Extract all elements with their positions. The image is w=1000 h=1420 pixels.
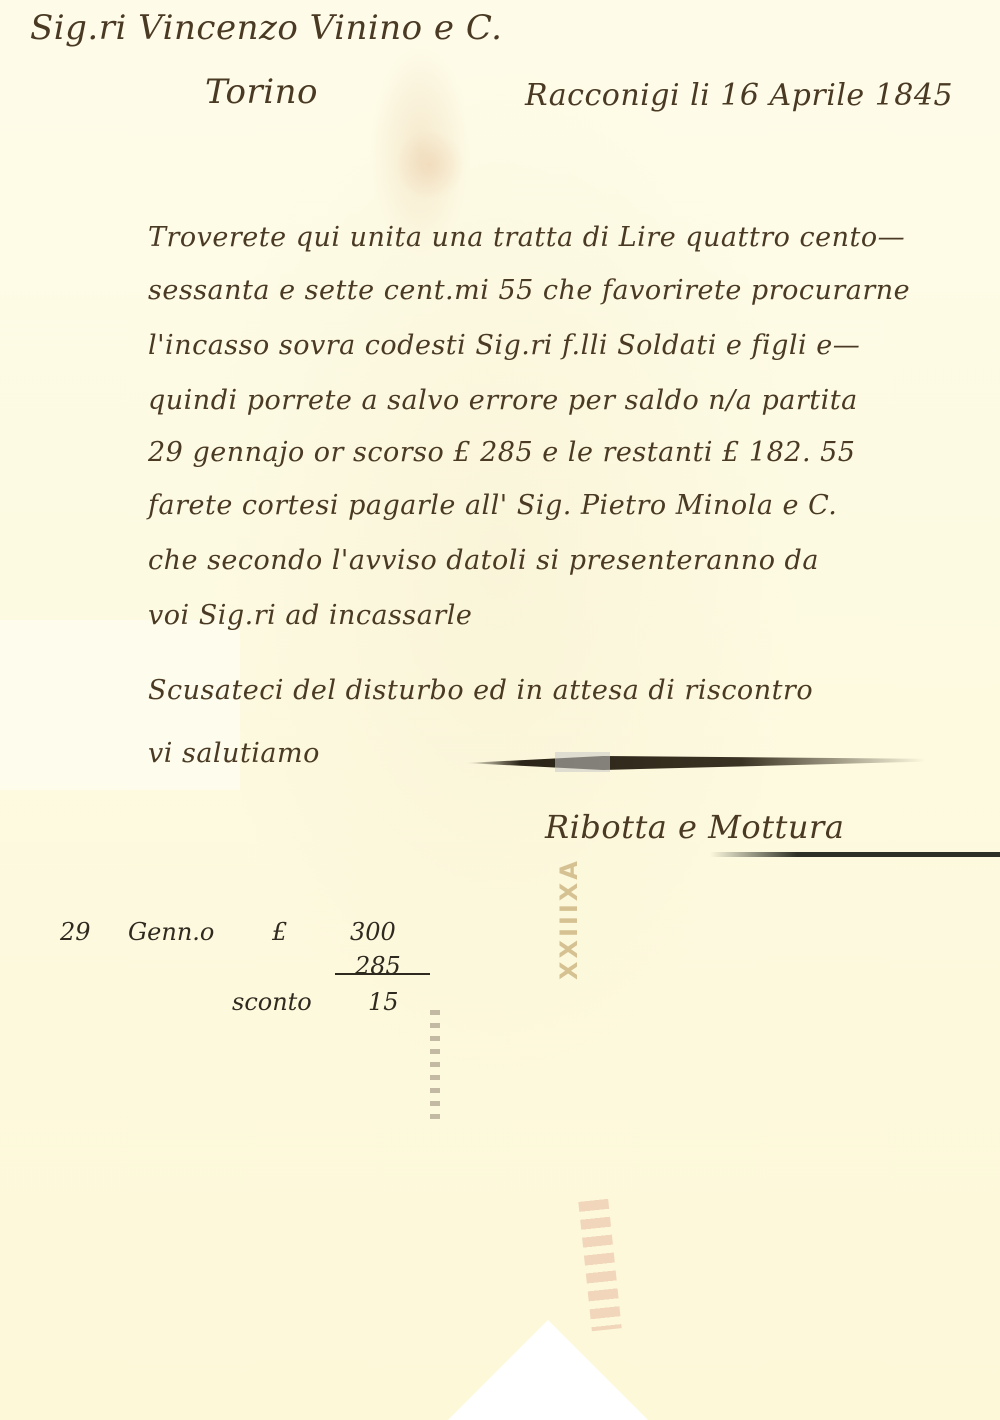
paper-wear-mark xyxy=(555,752,610,772)
body-line: farete cortesi pagarle all' Sig. Pietro … xyxy=(148,490,837,521)
body-line: 29 gennajo or scorso £ 285 e le restanti… xyxy=(148,437,855,468)
note-date: 29 xyxy=(60,918,91,946)
note-amount-1: 300 xyxy=(350,918,396,946)
note-month: Genn.o xyxy=(128,918,214,946)
addressee-name: Sig.ri Vincenzo Vinino e C. xyxy=(30,8,502,48)
seal-stain xyxy=(395,130,465,200)
signature: Ribotta e Mottura xyxy=(545,808,844,846)
letter-page: Sig.ri Vincenzo Vinino e C. Torino Racco… xyxy=(0,0,1000,1420)
pen-flourish-divider xyxy=(465,756,925,770)
signature-underline xyxy=(710,852,1000,857)
body-line: che secondo l'avviso datoli si presenter… xyxy=(148,545,819,576)
paper-notch xyxy=(448,1320,648,1420)
body-line: quindi porrete a salvo errore per saldo … xyxy=(148,385,858,416)
note-sum-rule xyxy=(335,973,430,975)
place-and-date: Racconigi li 16 Aprile 1845 xyxy=(525,78,953,113)
body-line: Troverete qui unita una tratta di Lire q… xyxy=(148,222,905,253)
note-result: 15 xyxy=(368,988,399,1016)
closing-line: Scusateci del disturbo ed in attesa di r… xyxy=(148,675,813,706)
note-amount-2: 285 xyxy=(355,952,401,980)
addressee-city: Torino xyxy=(205,72,318,112)
note-label: sconto xyxy=(232,988,312,1016)
body-line: voi Sig.ri ad incassarle xyxy=(148,600,472,631)
body-line: l'incasso sovra codesti Sig.ri f.lli Sol… xyxy=(148,330,860,361)
faint-stamp-marks xyxy=(430,1010,440,1120)
note-currency: £ xyxy=(272,918,287,946)
salutation: vi salutiamo xyxy=(148,738,320,769)
body-line: sessanta e sette cent.mi 55 che favorire… xyxy=(148,275,910,306)
faint-red-stamp xyxy=(578,1199,621,1331)
